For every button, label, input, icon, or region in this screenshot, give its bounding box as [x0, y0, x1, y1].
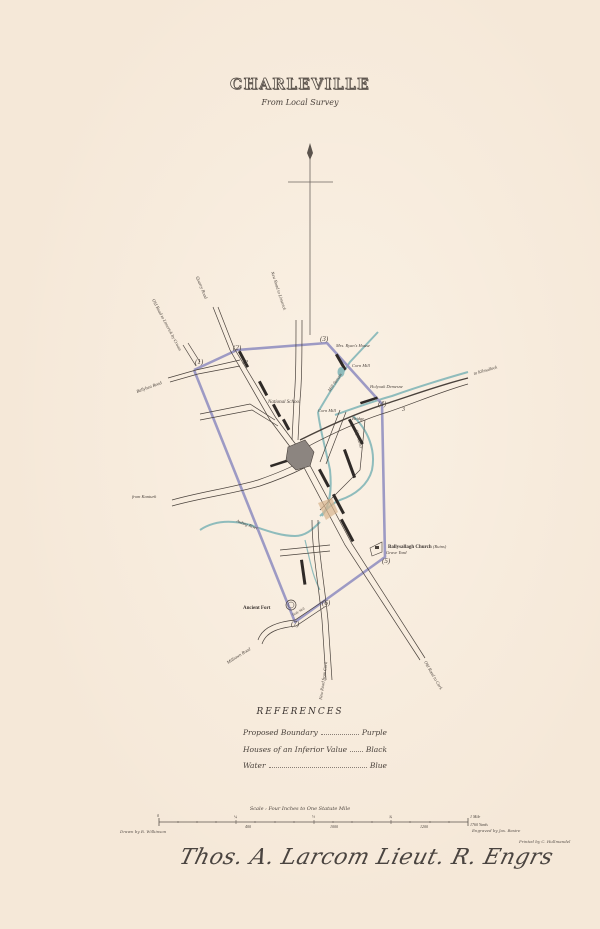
label-national-school: National School [267, 400, 301, 405]
label-ancient-fort: Ancient Fort [243, 606, 271, 611]
label-bridge: Bridge [352, 416, 364, 421]
boundary-point-4: (4) [378, 400, 387, 408]
label-number-3: 3 [401, 407, 405, 413]
scale-tick-half: ½ [312, 814, 315, 819]
reference-houses: Houses of an Inferior Value Black [243, 745, 387, 754]
label-corn-mill-small: Corn Mill [318, 408, 337, 413]
proposed-boundary [194, 343, 385, 622]
houses-inferior-value [238, 351, 378, 585]
scale-tick-three-quarter: ¾ [389, 814, 392, 819]
scale-yards-400: 400 [245, 824, 251, 829]
label-ryans-house: Mrs. Ryan's House [335, 343, 370, 348]
label-church-note: (Ruins) [433, 544, 447, 549]
label-ballyhea-road: Ballyhea Road [136, 380, 163, 394]
label-from-kanturk: from Kanturk [132, 494, 157, 499]
leader-dots [321, 733, 359, 735]
boundary-point-5: (5) [382, 557, 391, 565]
label-holyoak-demesne: Holyoak Demesne [369, 384, 403, 389]
label-quarry-road: Quarry Road [195, 276, 209, 301]
printed-by-credit: Printed by C. Hullmandel [519, 839, 570, 844]
place-labels: Mrs. Ryan's House Corn Mill National Sch… [235, 343, 447, 617]
reference-value: Black [366, 745, 387, 754]
water-features [200, 332, 468, 590]
label-new-road-cork: New Road from Cork [318, 661, 329, 702]
label-grave-yard: Grave Yard [386, 550, 407, 555]
label-mill-stream: Mill Stream [326, 372, 343, 394]
scale-title: Scale : Four Inches to One Statute Mile [0, 806, 600, 812]
reference-value: Blue [370, 761, 387, 770]
boundary-point-1: (1) [195, 358, 204, 366]
scale-tick-quarter: ¼ [234, 814, 237, 819]
scale-tick-0: 0 [157, 813, 159, 818]
label-corn-mill: Corn Mill [352, 363, 371, 368]
scale-yards-1200: 1200 [420, 824, 428, 829]
reference-label: Proposed Boundary [243, 728, 318, 737]
scale-bar: 0 ¼ ½ ¾ 1 Mile 400 1000 1200 1760 Yards [157, 813, 488, 829]
roads [168, 307, 468, 680]
reference-value: Purple [362, 728, 387, 737]
label-old-road-limerick: Old Road to Limerick by Croom [151, 298, 183, 352]
scale-yards-1760: 1760 Yards [470, 822, 488, 827]
label-number-12: 12 [242, 360, 248, 366]
town-plan: (1) (2) (3) (4) (5) (6) (7) Old Road to … [0, 0, 600, 929]
road-labels: Old Road to Limerick by Croom Quarry Roa… [132, 270, 499, 701]
boundary-point-3: (3) [320, 335, 329, 343]
label-glyn-river: Glyn River [354, 429, 364, 449]
boundary-point-7: (7) [291, 620, 300, 628]
engraved-by-credit: Engraved by Jas. Basire [472, 828, 520, 833]
drawn-by-credit: Drawn by R. Wilkinson [120, 829, 166, 834]
label-new-road-limerick: New Road to Limerick [270, 270, 288, 312]
church-graveyard [370, 542, 382, 556]
reference-water: Water Blue [243, 761, 387, 770]
surveyor-signature: Thos. A. Larcom Lieut. R. Engrs [177, 845, 556, 870]
label-milltown-road: Milltown Road [225, 646, 252, 665]
boundary-point-2: (2) [233, 344, 242, 352]
references-title: REFERENCES [0, 707, 600, 717]
reference-label: Houses of an Inferior Value [243, 745, 347, 754]
label-old-road-cork: Old Road to Cork [423, 660, 444, 691]
boundary-point-labels: (1) (2) (3) (4) (5) (6) (7) [195, 335, 391, 628]
reference-label: Water [243, 761, 266, 770]
reference-proposed-boundary: Proposed Boundary Purple [243, 728, 387, 737]
boundary-point-6: (6) [322, 599, 331, 607]
scale-tick-mile: 1 Mile [470, 814, 481, 819]
leader-dots [269, 766, 367, 768]
label-to-kilmallock: to Kilmallock [473, 364, 499, 376]
leader-dots [350, 750, 363, 752]
north-arrow-icon [288, 143, 333, 335]
scale-yards-1000: 1000 [330, 824, 338, 829]
